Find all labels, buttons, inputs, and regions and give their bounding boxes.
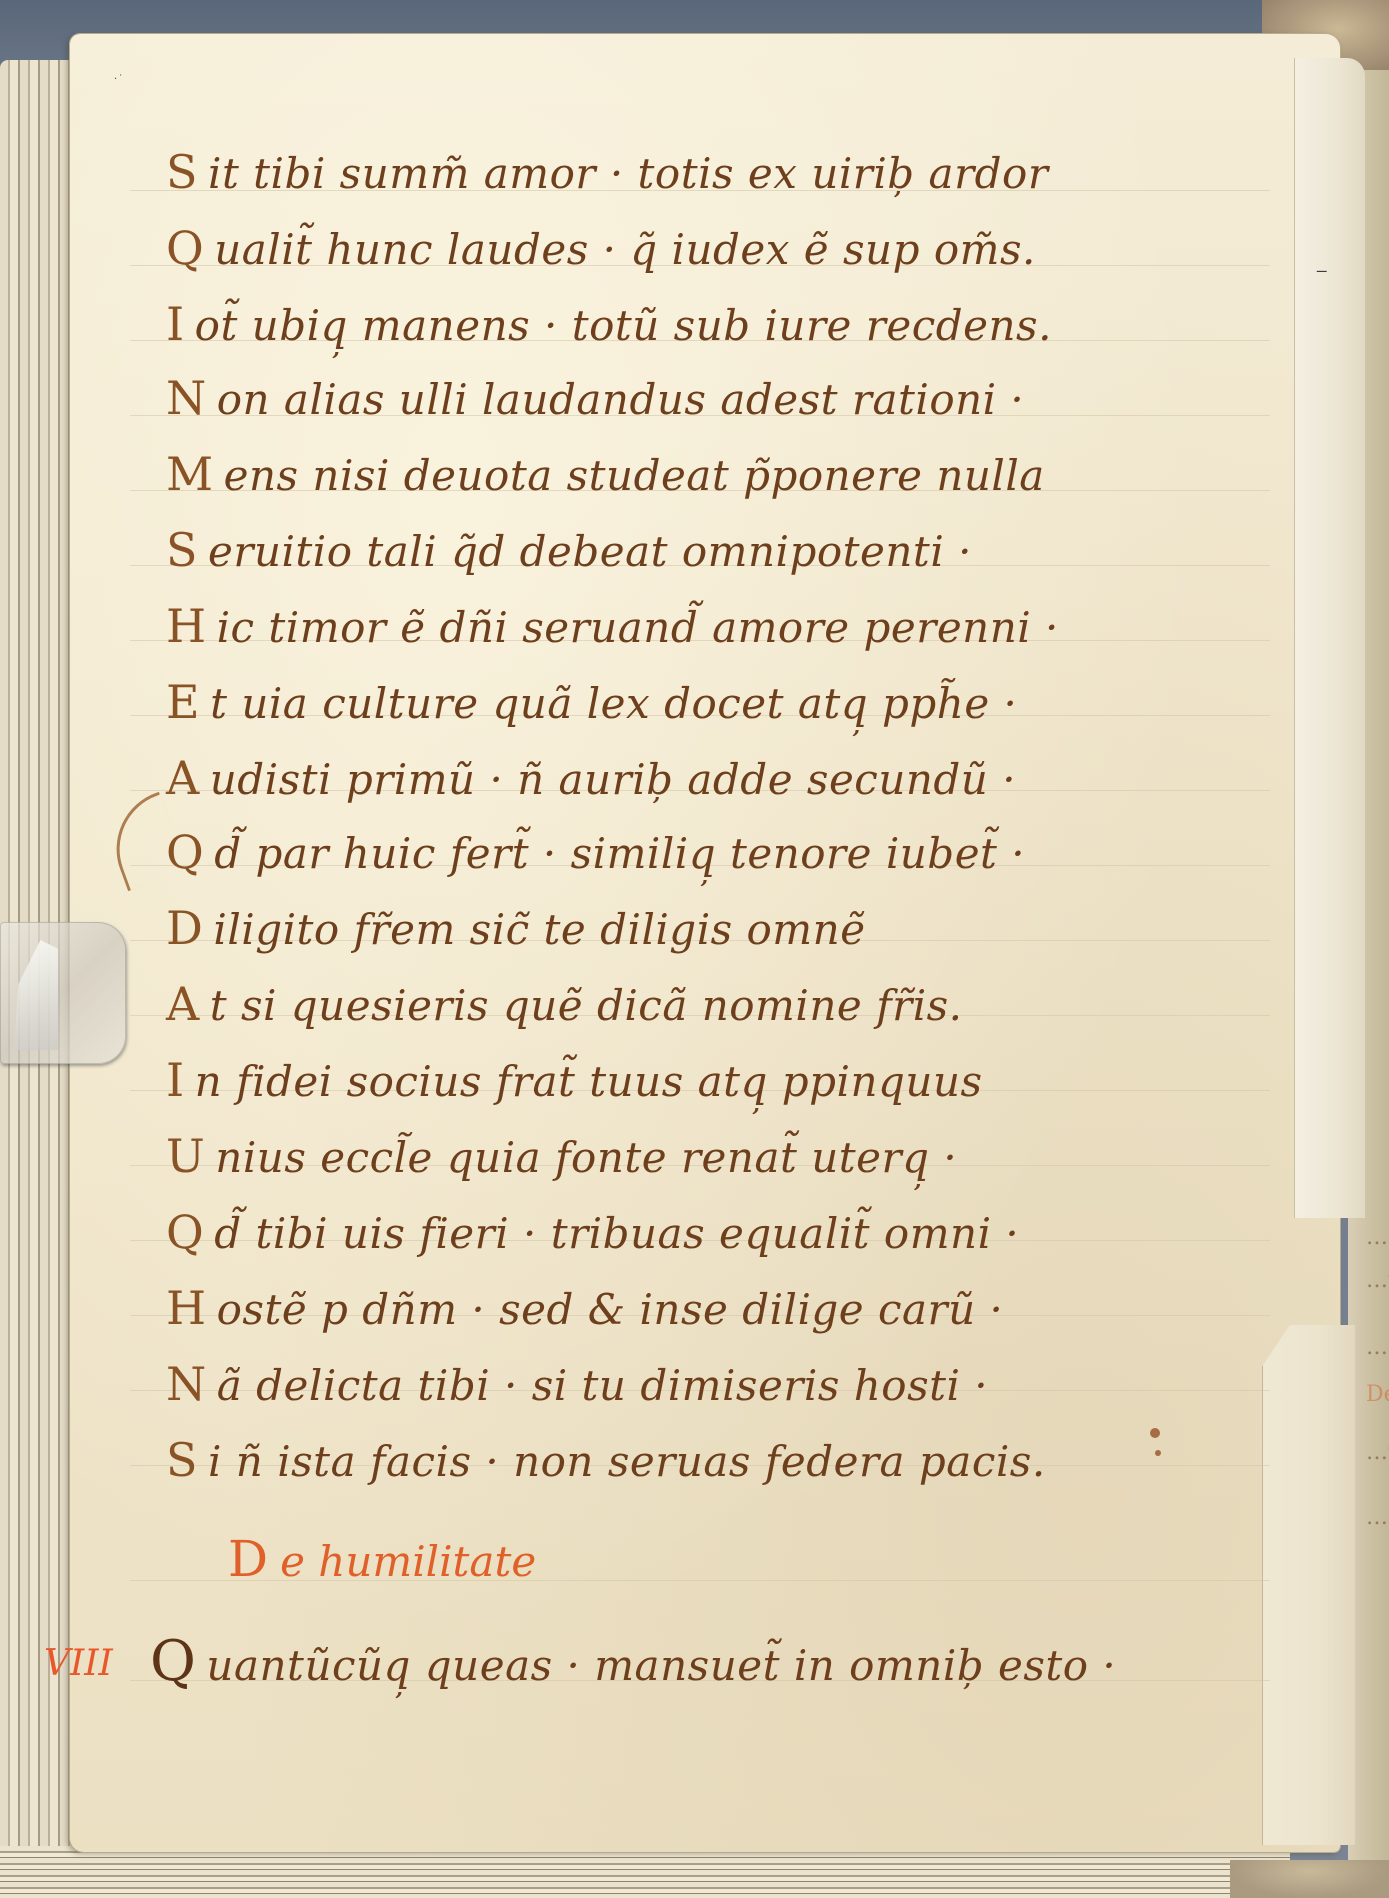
verse-line: Nã delicta tibi · si tu dimiseris hosti… (166, 1358, 988, 1412)
line-initial: Q (166, 1206, 204, 1258)
verse-line: Non alias ulli laudandus adest rationi · (166, 372, 1024, 426)
line-initial: N (166, 372, 207, 424)
verse-line: Audisti primũ · ñ aurib̦ adde secundũ… (166, 752, 1016, 806)
line-text: ã delicta tibi · si tu dimiseris hosti … (217, 1361, 988, 1410)
facing-page-fragment: …tis (1366, 1268, 1389, 1293)
line-initial: N (166, 1358, 207, 1410)
rubric-initial: D (228, 1530, 268, 1588)
chapter-initial: Q (150, 1636, 196, 1688)
page-edges-bottom (0, 1846, 1290, 1898)
line-text: uantũcũq̦ queas · mansuet̃ in omnib̦ e… (206, 1641, 1116, 1690)
verse-line: Qualit̃ hunc laudes · q̃ iudex ẽ sup om… (166, 222, 1036, 276)
chapter-numeral: VIII (44, 1638, 113, 1690)
line-text: ualit̃ hunc laudes · q̃ iudex ẽ sup om̃… (214, 225, 1036, 274)
line-initial: I (166, 1054, 185, 1106)
paper-slip-tab-bottom (1262, 1325, 1355, 1845)
parchment-tab (0, 922, 126, 1064)
line-text: t uia culture quã lex docet atq̦ pph̃e … (210, 679, 1017, 728)
verse-line: Sit tibi summ̃ amor · totis ex uirib̦ ar… (166, 146, 1048, 200)
line-text: t si quesieris quẽ dicã nomine fr̃is. (210, 981, 963, 1030)
chapter-first-line: Quantũcũq̦ queas · mansuet̃ in omnib̦ … (150, 1636, 1116, 1692)
parchment-tab-fold (14, 940, 58, 1050)
line-text: ens nisi deuota studeat p̃ponere nulla (224, 451, 1045, 500)
line-initial: Q (166, 222, 204, 274)
line-text: on alias ulli laudandus adest rationi · (217, 375, 1025, 424)
line-text: ot̃ ubiq̦ manens · totũ sub iure recden… (195, 301, 1052, 350)
line-text: eruitio tali q̃d debeat omnipotenti · (208, 527, 972, 576)
verse-line: Diligito fr̃em sic̃ te diligis omnẽ (166, 902, 866, 956)
verse-line: Unius eccl̃e quia fonte renat̃ uterq̦ · (166, 1130, 957, 1184)
leather-cover-bottom (1230, 1860, 1389, 1898)
facing-page-fragment: …en (1366, 1335, 1389, 1360)
line-initial: A (166, 752, 200, 804)
line-initial: I (166, 298, 185, 350)
line-text: it tibi summ̃ amor · totis ex uirib̦ ard… (208, 149, 1048, 198)
rubric-heading: De humilitate (228, 1533, 536, 1588)
line-initial: U (166, 1130, 205, 1182)
line-initial: S (166, 146, 198, 198)
line-initial: M (166, 448, 214, 500)
line-text: ic timor ẽ dñi seruand̃ amore perenni … (217, 603, 1059, 652)
line-text: iligito fr̃em sic̃ te diligis omnẽ (213, 905, 865, 954)
line-text: d̃ par huic fert̃ · similiq̦ tenore iube… (214, 829, 1025, 878)
verse-line: Mens nisi deuota studeat p̃ponere nulla (166, 448, 1045, 502)
ink-stain (1150, 1428, 1160, 1438)
margin-marks: ·˙ (114, 74, 124, 85)
line-text: ostẽ p dñm · sed & inse dilige carũ · (217, 1285, 1004, 1334)
line-text: i ñ ista facis · non seruas federa paci… (208, 1437, 1046, 1486)
facing-page-rubric-fragment: De (1366, 1382, 1389, 1407)
line-initial: A (166, 978, 200, 1030)
verse-line: Hic timor ẽ dñi seruand̃ amore perenni… (166, 600, 1059, 654)
rubric-text: e humilitate (280, 1537, 536, 1586)
line-text: d̃ tibi uis fieri · tribuas equalit̃ omn… (214, 1209, 1019, 1258)
verse-line: Si ñ ista facis · non seruas federa pac… (166, 1434, 1046, 1488)
verse-line: Et uia culture quã lex docet atq̦ pph̃e… (166, 676, 1017, 730)
line-initial: H (166, 600, 207, 652)
ink-stain (1155, 1450, 1161, 1456)
line-initial: Q (166, 826, 204, 878)
line-initial: E (166, 676, 200, 728)
line-initial: S (166, 1434, 198, 1486)
paper-slip-tab-top (1294, 58, 1365, 1218)
facing-page-fragment: …ud (1366, 1440, 1389, 1465)
verse-line: At si quesieris quẽ dicã nomine fr̃is. (166, 978, 963, 1032)
line-text: n fidei socius frat̃ tuus atq̦ ppinquus (195, 1057, 983, 1106)
line-initial: S (166, 524, 198, 576)
facing-page-fragment: …a le (1366, 1505, 1389, 1530)
verse-line: Seruitio tali q̃d debeat omnipotenti · (166, 524, 972, 578)
verse-line: In fidei socius frat̃ tuus atq̦ ppinquus (166, 1054, 983, 1108)
line-text: nius eccl̃e quia fonte renat̃ uterq̦ · (215, 1133, 957, 1182)
line-initial: D (166, 902, 203, 954)
line-initial: H (166, 1282, 207, 1334)
verse-line: Qd̃ tibi uis fieri · tribuas equalit̃ om… (166, 1206, 1019, 1260)
facing-page-fragment: …a (1366, 1225, 1389, 1250)
pencil-mark: ‒ (1316, 266, 1344, 276)
verse-line: Qd̃ par huic fert̃ · similiq̦ tenore iub… (166, 826, 1025, 880)
verse-line: Iot̃ ubiq̦ manens · totũ sub iure recde… (166, 298, 1052, 352)
line-text: udisti primũ · ñ aurib̦ adde secundũ … (210, 755, 1016, 804)
verse-line: Hostẽ p dñm · sed & inse dilige carũ … (166, 1282, 1003, 1336)
